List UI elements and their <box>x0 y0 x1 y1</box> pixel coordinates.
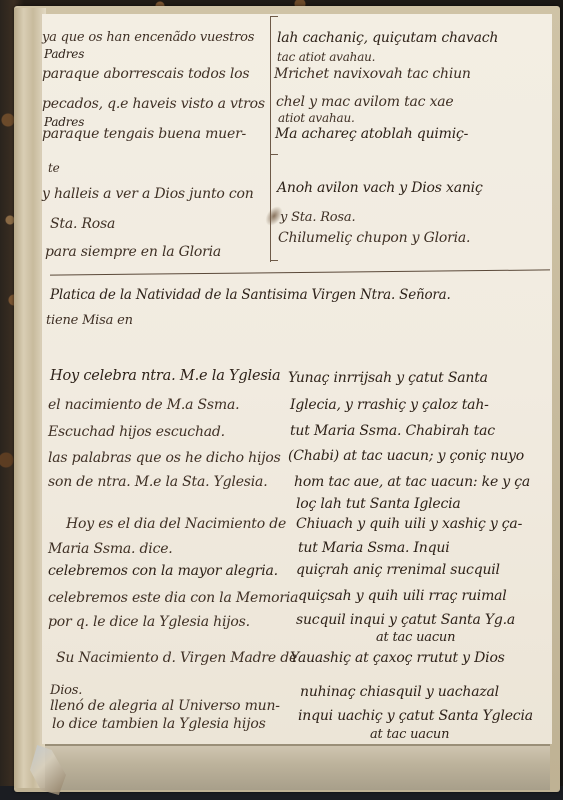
mayan-line: Chilumeliç chupon y Gloria. <box>278 230 470 246</box>
spanish-line: Hoy es el dia del Nacimiento de <box>66 516 286 532</box>
mayan-line: sucquil inqui y çatut Santa Yg.a <box>296 612 515 628</box>
mayan-line: Yunaç inrrijsah y çatut Santa <box>288 370 488 386</box>
mayan-line: atiot avahau. <box>278 110 355 126</box>
mayan-line: at tac uacun <box>370 727 449 743</box>
spanish-line: por q. le dice la Yglesia hijos. <box>48 614 250 630</box>
spanish-line: Hoy celebra ntra. M.e la Yglesia <box>50 368 280 384</box>
spanish-line: son de ntra. M.e la Sta. Yglesia. <box>48 474 267 490</box>
mayan-line: quiçsah y quih uili rraç ruimal <box>298 588 507 604</box>
mayan-line: Yauashiç at çaxoç rrutut y Dios <box>290 650 505 666</box>
mayan-line: quiçrah aniç rrenimal sucquil <box>296 562 500 578</box>
spanish-line: Maria Ssma. dice. <box>48 541 173 557</box>
mayan-line: Ma achareç atoblah quimiç- <box>275 126 468 142</box>
spanish-line: paraque tengais buena muer- <box>42 126 246 142</box>
spanish-line: Dios. <box>50 683 82 699</box>
spanish-line: Sta. Rosa <box>50 216 115 232</box>
mayan-line: chel y mac avilom tac xae <box>276 94 454 110</box>
mayan-line: inqui uachiç y çatut Santa Yglecia <box>298 708 533 724</box>
spanish-line: y halleis a ver a Dios junto con <box>42 186 254 202</box>
mayan-line: y Sta. Rosa. <box>280 210 355 226</box>
spanish-line: ya que os han encenãdo vuestros <box>42 30 254 46</box>
mayan-line: (Chabi) at tac uacun; y çoniç nuyo <box>288 448 524 464</box>
spanish-line: Padres <box>44 46 84 62</box>
spanish-line: pecados, q.e haveis visto a vtros <box>42 96 265 112</box>
spanish-line: llenó de alegria al Universo mun- <box>50 698 280 714</box>
mayan-line: loç lah tut Santa Iglecia <box>296 496 461 512</box>
mayan-line: tut Maria Ssma. Chabirah tac <box>290 423 495 439</box>
mayan-line: Mrichet navixovah tac chiun <box>274 66 471 82</box>
mayan-line: tut Maria Ssma. Inqui <box>298 540 449 556</box>
bracket-tick <box>270 154 278 155</box>
mayan-line: Iglecia, y rrashiç y çaloz tah- <box>290 397 489 413</box>
mayan-line: Chiuach y quih uili y xashiç y ça- <box>296 516 522 532</box>
mayan-line: lah cachaniç, quiçutam chavach <box>277 30 498 46</box>
spanish-line: lo dice tambien la Yglesia hijos <box>52 716 266 732</box>
mayan-line: Anoh avilon vach y Dios xaniç <box>277 180 483 196</box>
mayan-line: tac atiot avahau. <box>277 49 375 65</box>
spanish-line: Su Nacimiento d. Virgen Madre de <box>56 650 297 666</box>
spanish-line: las palabras que os he dicho hijos <box>48 450 281 466</box>
page-edge-bottom <box>45 744 550 790</box>
spanish-line: el nacimiento de M.a Ssma. <box>48 397 239 413</box>
spanish-line: paraque aborrescais todos los <box>42 66 249 82</box>
mayan-line: nuhinaç chiasquil y uachazal <box>300 684 499 700</box>
mayan-line: hom tac aue, at tac uacun: ke y ça <box>294 474 530 490</box>
heading-subtitle: tiene Misa en <box>46 313 133 329</box>
spanish-line: celebremos con la mayor alegria. <box>48 563 278 579</box>
spanish-line: celebremos este dia con la Memoria <box>48 590 298 606</box>
mayan-line: at tac uacun <box>376 630 455 646</box>
bracket-tick <box>270 260 278 261</box>
bracket-tick <box>270 16 278 17</box>
spanish-line: Escuchad hijos escuchad. <box>48 424 225 440</box>
spanish-line: para siempre en la Gloria <box>45 244 221 260</box>
spanish-line: te <box>48 160 60 176</box>
heading-title: Platica de la Natividad de la Santisima … <box>50 287 451 303</box>
